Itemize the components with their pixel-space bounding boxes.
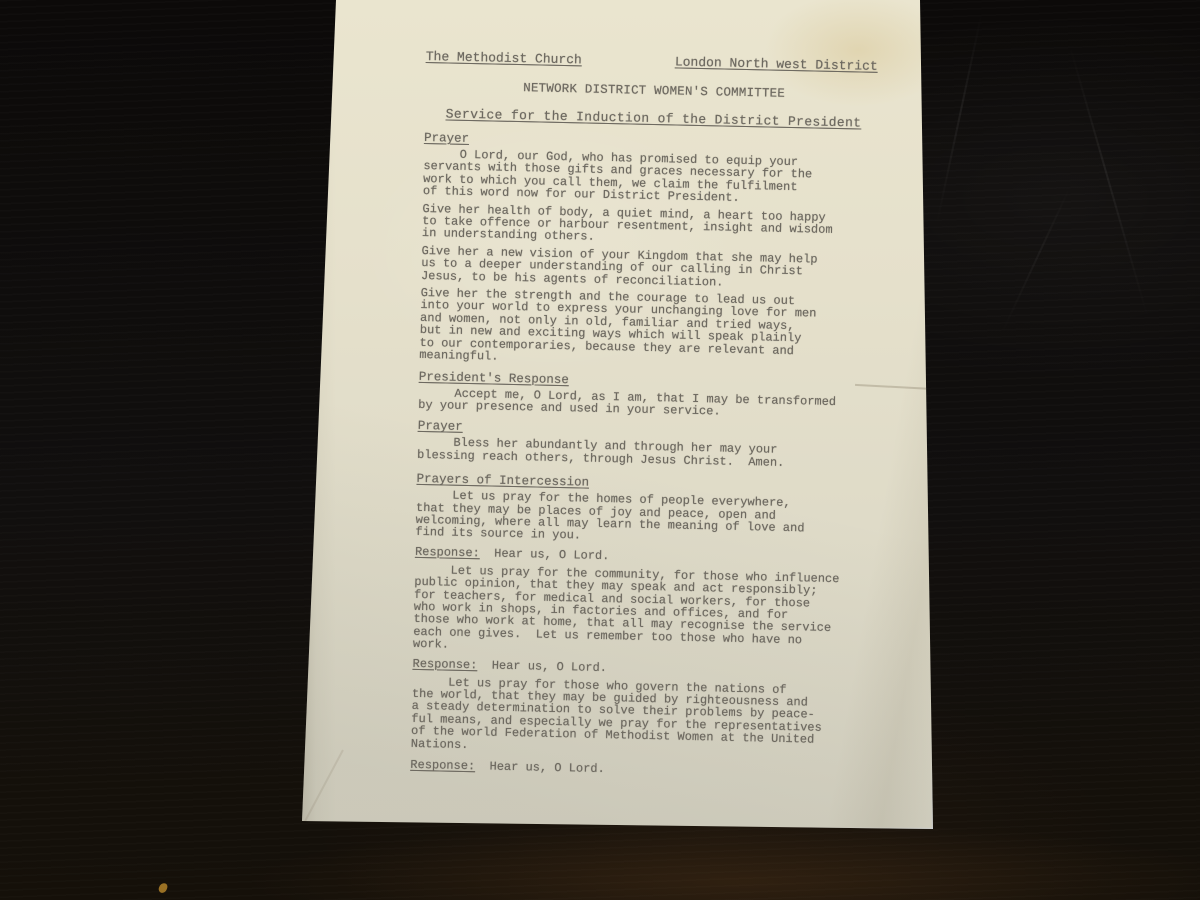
paragraph-o-lord: O Lord, our God, who has promised to equ… [423,148,882,208]
response-label: Response: [415,545,480,560]
response-line-3: Response: Hear us, O Lord. [410,759,868,782]
header-right: London North west District [675,53,878,74]
response-text: Hear us, O Lord. [477,658,607,675]
paragraph-new-vision: Give her a new vision of your Kingdom th… [421,245,880,292]
paragraph-govern-nations: Let us pray for those who govern the nat… [411,675,871,759]
response-text: Hear us, O Lord. [480,546,610,563]
paragraph-health-of-body: Give her health of body, a quiet mind, a… [422,203,881,250]
response-text: Hear us, O Lord. [475,759,605,776]
wood-scratch [936,14,983,225]
photo-scene: The Methodist Church London North west D… [0,0,1200,900]
paragraph-strength-courage: Give her the strength and the courage to… [419,287,879,371]
paragraph-homes: Let us pray for the homes of people ever… [415,489,874,549]
wood-scratch [1069,45,1149,320]
document-paper: The Methodist Church London North west D… [302,0,934,831]
paper-crease [302,750,344,826]
wood-scratch [1001,187,1070,333]
response-label: Response: [412,656,477,671]
document-header-row: The Methodist Church London North west D… [426,48,884,75]
document-content: The Methodist Church London North west D… [410,48,884,782]
paragraph-community: Let us pray for the community, for those… [413,564,873,661]
document-title: Service for the Induction of the Distric… [424,105,882,132]
header-left: The Methodist Church [426,48,582,68]
response-label: Response: [410,758,475,773]
committee-line: NETWORK DISTRICT WOMEN'S COMMITTEE [425,78,883,104]
debris-speck [158,882,169,894]
